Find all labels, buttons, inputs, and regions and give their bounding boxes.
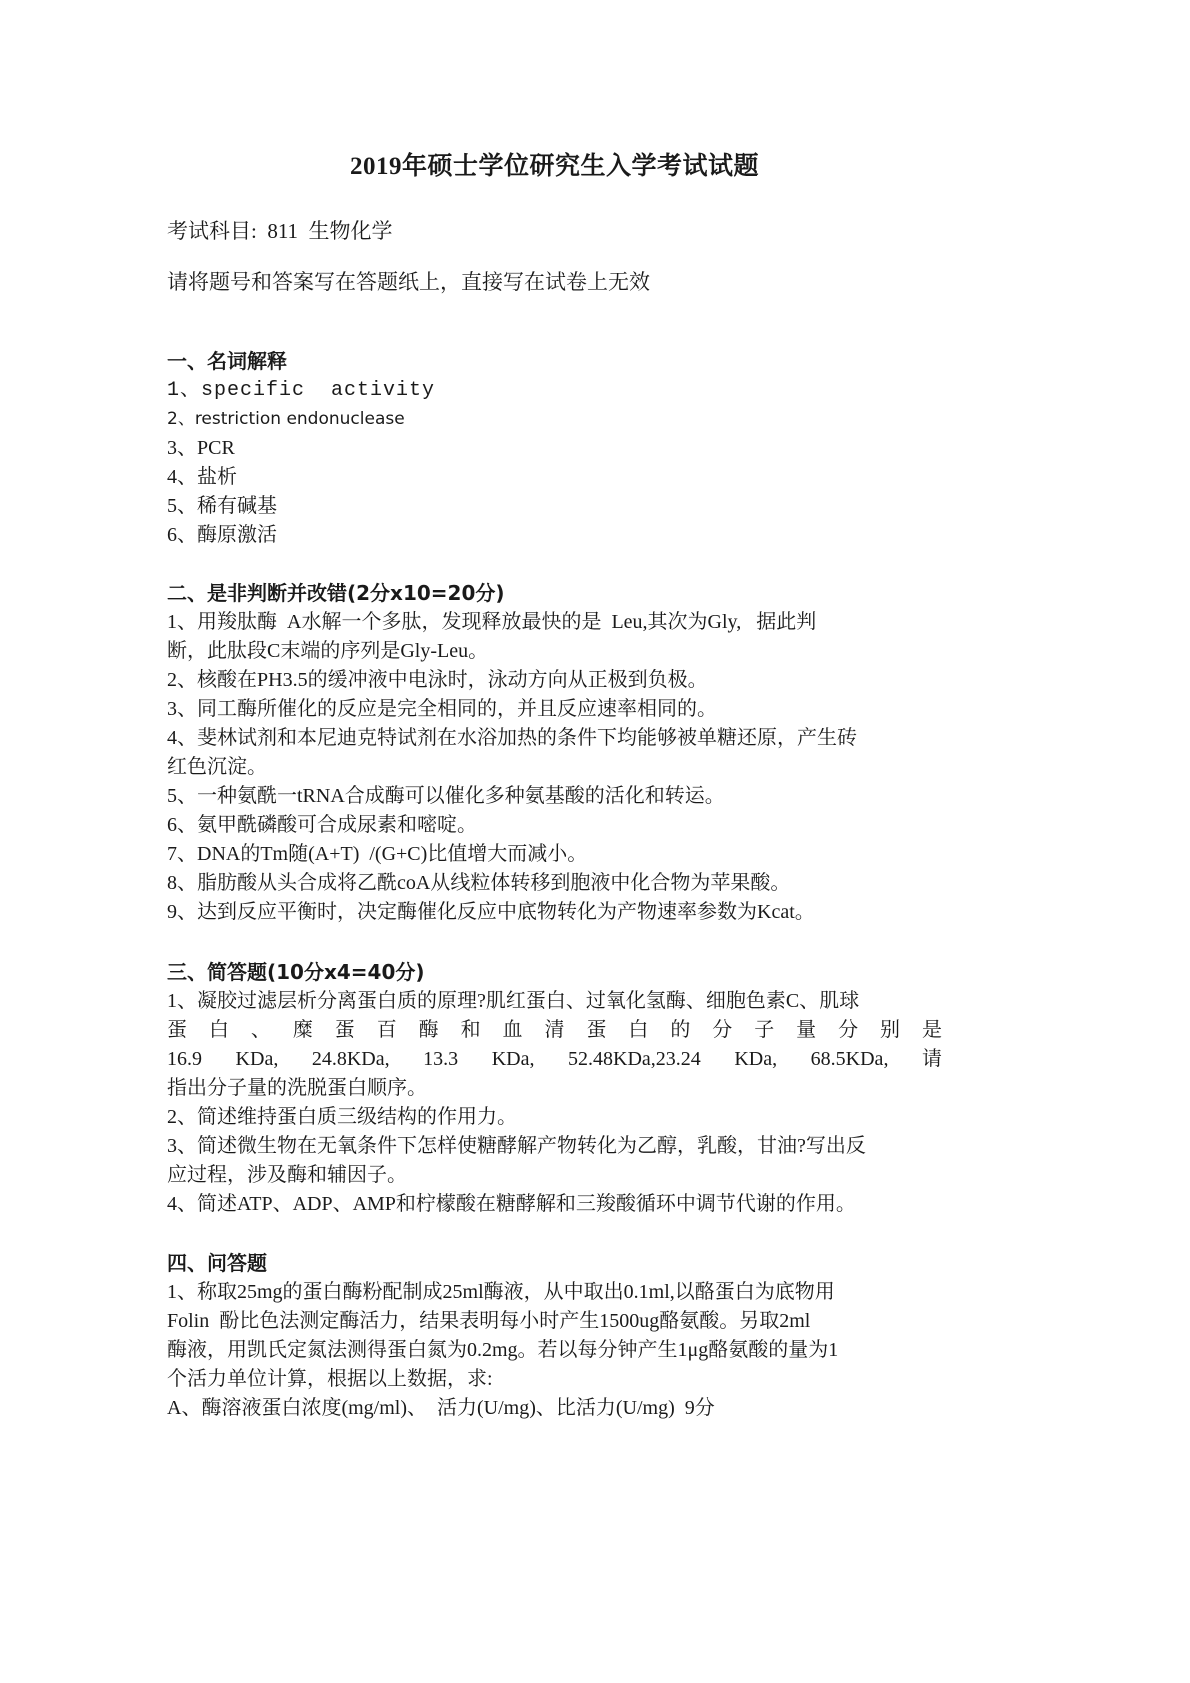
question-item: 2、restriction endonuclease xyxy=(167,405,942,434)
question-item: 6、酶原激活 xyxy=(167,521,942,550)
section-heading: 二、是非判断并改错(2分x10=20分) xyxy=(167,578,942,608)
question-item-continued: Folin 酚比色法测定酶活力，结果表明每小时产生1500ug酪氨酸。另取2ml xyxy=(167,1307,942,1336)
section-term-definitions: 一、名词解释 1、specific activity 2、restriction… xyxy=(167,346,942,550)
section-heading: 三、简答题(10分x4=40分) xyxy=(167,957,942,987)
question-item-continued: 16.9 KDa, 24.8KDa, 13.3 KDa, 52.48KDa,23… xyxy=(167,1045,942,1074)
question-item: 9、达到反应平衡时，决定酶催化反应中底物转化为产物速率参数为Kcat。 xyxy=(167,898,942,927)
question-item: 1、凝胶过滤层析分离蛋白质的原理?肌红蛋白、过氧化氢酶、细胞色素C、肌球 xyxy=(167,987,942,1016)
question-item-continued: 应过程，涉及酶和辅因子。 xyxy=(167,1161,942,1190)
question-item: 3、同工酶所催化的反应是完全相同的，并且反应速率相同的。 xyxy=(167,695,942,724)
section-heading: 一、名词解释 xyxy=(167,346,942,376)
question-item: 2、核酸在PH3.5的缓冲液中电泳时，泳动方向从正极到负极。 xyxy=(167,666,942,695)
page-title: 2019年硕士学位研究生入学考试试题 xyxy=(167,146,942,182)
exam-instruction: 请将题号和答案写在答题纸上，直接写在试卷上无效 xyxy=(167,266,650,296)
question-item: 4、盐析 xyxy=(167,463,942,492)
question-item: 3、PCR xyxy=(167,434,942,463)
question-item: 4、简述ATP、ADP、AMP和柠檬酸在糖酵解和三羧酸循环中调节代谢的作用。 xyxy=(167,1190,942,1219)
question-item: 3、简述微生物在无氧条件下怎样使糖酵解产物转化为乙醇，乳酸，甘油?写出反 xyxy=(167,1132,942,1161)
question-item-continued: 个活力单位计算，根据以上数据，求: xyxy=(167,1365,942,1394)
question-item-continued: 红色沉淀。 xyxy=(167,753,942,782)
question-item: 7、DNA的Tm随(A+T) /(G+C)比值增大而减小。 xyxy=(167,840,942,869)
question-item-continued: 酶液，用凯氏定氮法测得蛋白氮为0.2mg。若以每分钟产生1μg酪氨酸的量为1 xyxy=(167,1336,942,1365)
section-true-false: 二、是非判断并改错(2分x10=20分) 1、用羧肽酶 A水解一个多肽，发现释放… xyxy=(167,578,942,927)
question-item-continued: 指出分子量的洗脱蛋白顺序。 xyxy=(167,1074,942,1103)
exam-subject: 考试科目: 811 生物化学 xyxy=(167,215,393,245)
question-item: 1、称取25mg的蛋白酶粉配制成25ml酶液，从中取出0.1ml,以酪蛋白为底物… xyxy=(167,1278,942,1307)
section-essay-questions: 四、问答题 1、称取25mg的蛋白酶粉配制成25ml酶液，从中取出0.1ml,以… xyxy=(167,1248,942,1423)
question-item-continued: 蛋 白 、 糜 蛋 百 酶 和 血 清 蛋 白 的 分 子 量 分 别 是 xyxy=(167,1016,942,1045)
section-short-answer: 三、简答题(10分x4=40分) 1、凝胶过滤层析分离蛋白质的原理?肌红蛋白、过… xyxy=(167,957,942,1219)
question-item: 4、斐林试剂和本尼迪克特试剂在水浴加热的条件下均能够被单糖还原，产生砖 xyxy=(167,724,942,753)
question-item: 1、specific activity xyxy=(167,376,942,405)
question-item: 5、稀有碱基 xyxy=(167,492,942,521)
section-heading: 四、问答题 xyxy=(167,1248,942,1278)
question-item: 6、氨甲酰磷酸可合成尿素和嘧啶。 xyxy=(167,811,942,840)
question-item: 5、一种氨酰一tRNA合成酶可以催化多种氨基酸的活化和转运。 xyxy=(167,782,942,811)
sub-question: A、酶溶液蛋白浓度(mg/ml)、 活力(U/mg)、比活力(U/mg) 9分 xyxy=(167,1394,942,1423)
question-item: 8、脂肪酸从头合成将乙酰coA从线粒体转移到胞液中化合物为苹果酸。 xyxy=(167,869,942,898)
question-item-continued: 断，此肽段C末端的序列是Gly-Leu。 xyxy=(167,637,942,666)
question-item: 2、简述维持蛋白质三级结构的作用力。 xyxy=(167,1103,942,1132)
question-item: 1、用羧肽酶 A水解一个多肽，发现释放最快的是 Leu,其次为Gly, 据此判 xyxy=(167,608,942,637)
